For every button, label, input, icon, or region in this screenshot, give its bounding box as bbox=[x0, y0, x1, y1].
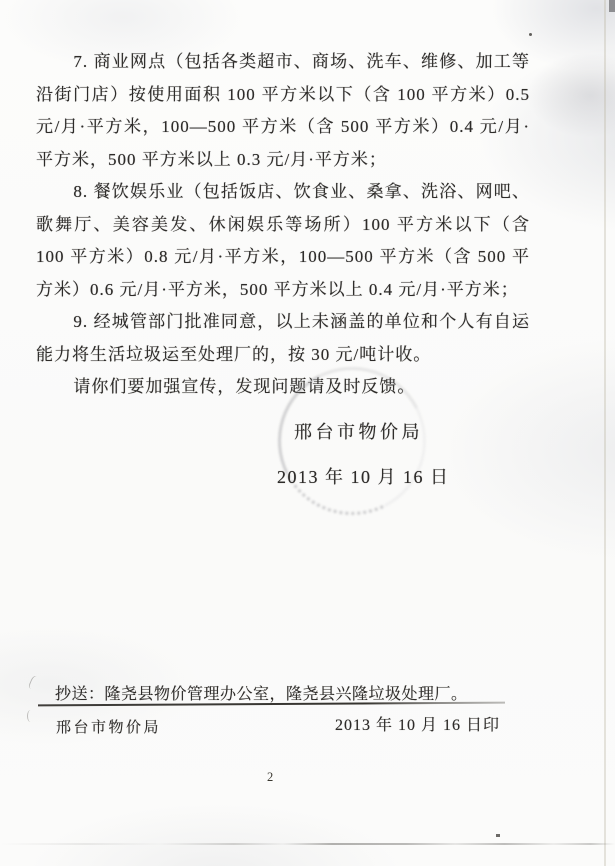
margin-pencil-mark bbox=[28, 675, 42, 691]
paragraph-item-8: 8. 餐饮娱乐业（包括饭店、饮食业、桑拿、洗浴、网吧、歌舞厅、美容美发、休闲娱乐… bbox=[36, 176, 530, 306]
paragraph-item-9: 9. 经城管部门批准同意，以上未涵盖的单位和个人有自运能力将生活垃圾运至处理厂的… bbox=[36, 306, 530, 371]
footer-issuer: 邢台市物价局 bbox=[56, 716, 161, 737]
margin-pencil-mark bbox=[27, 710, 34, 722]
scan-speck bbox=[529, 33, 532, 36]
scan-paper-edge bbox=[604, 0, 606, 866]
scanned-document-page: 7. 商业网点（包括各类超市、商场、洗车、维修、加工等沿街门店）按使用面积 10… bbox=[0, 0, 615, 866]
footer-print-date: 2013 年 10 月 16 日印 bbox=[335, 712, 500, 735]
scan-corner-shadow bbox=[609, 0, 615, 12]
cc-line: 抄送：隆尧县物价管理办公室，隆尧县兴隆垃圾处理厂。 bbox=[55, 681, 468, 704]
signature-date: 2013 年 10 月 16 日 bbox=[277, 463, 450, 489]
scan-speck bbox=[496, 834, 500, 837]
paragraph-item-7: 7. 商业网点（包括各类超市、商场、洗车、维修、加工等沿街门店）按使用面积 10… bbox=[36, 46, 530, 176]
scan-bottom-crease bbox=[0, 843, 615, 845]
signature-agency: 邢台市物价局 bbox=[294, 418, 423, 444]
document-body: 7. 商业网点（包括各类超市、商场、洗车、维修、加工等沿街门店）按使用面积 10… bbox=[36, 46, 530, 404]
page-number: 2 bbox=[267, 770, 273, 785]
closing-remark: 请你们要加强宣传，发现问题请及时反馈。 bbox=[36, 371, 530, 404]
